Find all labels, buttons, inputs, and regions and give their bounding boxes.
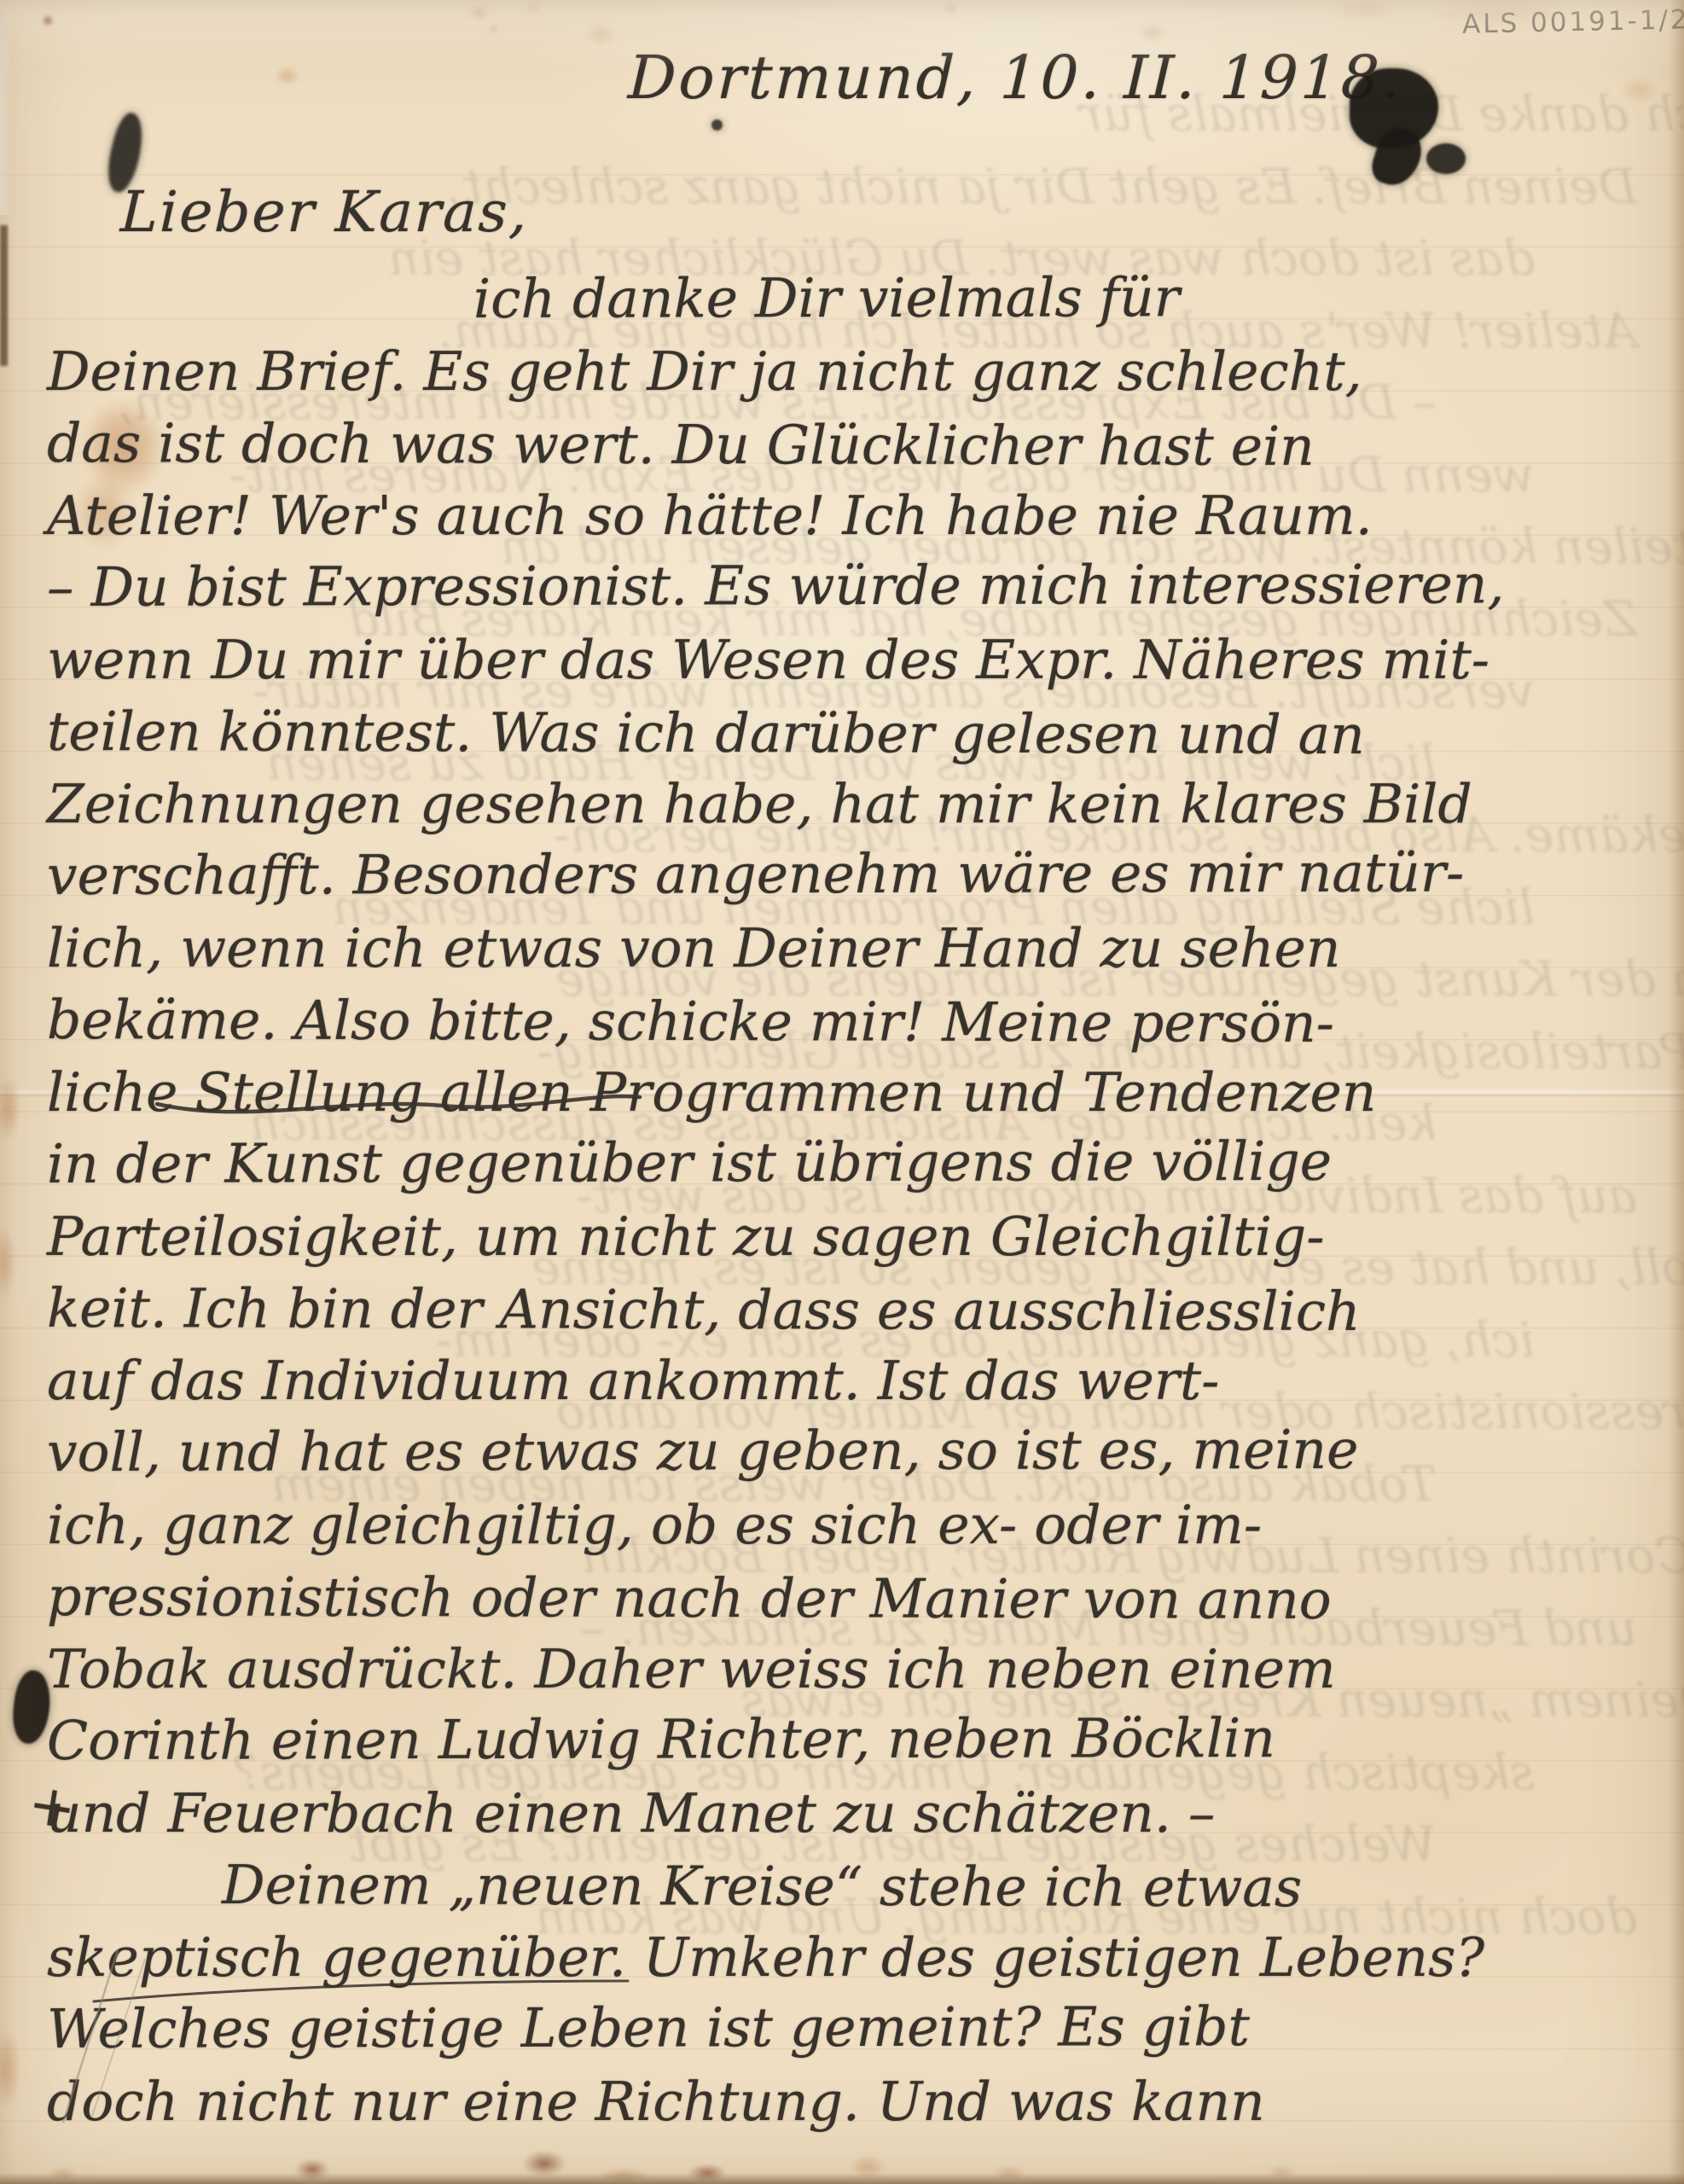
ghost-line-12: liche Stellung allen Programmen und Tend… (0, 872, 1535, 944)
foxing-stain (469, 5, 490, 20)
foxing-stain (1331, 0, 1399, 19)
foxing-stain (0, 2029, 20, 2109)
ghost-line-26: doch nicht nur eine Richtung. Und was ka… (0, 1881, 1637, 1954)
ghost-line-22: und Feuerbach einen Manet zu schätzen. – (0, 1593, 1637, 1665)
foxing-stain (294, 2158, 330, 2181)
foxing-stain (0, 1077, 20, 1140)
letter-line-19: pressionistisch oder nach der Manier von… (47, 1561, 1677, 1638)
underline-flourish (152, 1078, 647, 1128)
letter-line-23: Deinem „neuen Kreise“ stehe ich etwas (222, 1850, 1677, 1926)
letter-line-5: – Du bist Expressionist. Es würde mich i… (47, 549, 1677, 624)
letter-line-6: wenn Du mir über das Wesen des Expr. Näh… (47, 624, 1677, 697)
ink-dot (711, 119, 723, 131)
page-edge-left-shadow (0, 225, 8, 366)
ghost-line-3: das ist doch was wert. Du Glücklicher ha… (0, 223, 1535, 295)
letter-line-26: doch nicht nur eine Richtung. Und was ka… (47, 2066, 1677, 2139)
ghost-line-21: Corinth einen Ludwig Richter, neben Böck… (0, 1520, 1684, 1593)
letter-line-17: voll, und hat es etwas zu geben, so ist … (47, 1414, 1677, 1490)
ghost-line-6: wenn Du mir über das Wesen des Expr. Näh… (0, 439, 1535, 512)
ghost-line-14: Parteilosigkeit, um nicht zu sagen Gleic… (0, 1016, 1684, 1089)
foxing-stain (0, 1227, 15, 1298)
ghost-line-23: Deinem „neuen Kreise“ stehe ich etwas (0, 1664, 1684, 1737)
foxing-stain (585, 22, 616, 46)
ghost-line-7: teilen könntest. Was ich darüber gelesen… (0, 511, 1684, 584)
margin-cross-mark: + (24, 1770, 81, 1843)
letter-line-18: ich, ganz gleichgiltig, ob es sich ex- o… (47, 1490, 1677, 1562)
letter-line-22: und Feuerbach einen Manet zu schätzen. – (47, 1778, 1677, 1850)
pencil-scribble (39, 1949, 167, 2128)
ghost-line-20: Tobak ausdrückt. Daher weiss ich neben e… (0, 1449, 1437, 1521)
letter-line-4: Atelier! Wer's auch so hätte! Ich habe n… (47, 480, 1677, 553)
letter-line-10: lich, wenn ich etwas von Deiner Hand zu … (47, 913, 1677, 985)
page-edge-left (0, 0, 12, 215)
letter-line-12: liche Stellung allen Programmen und Tend… (47, 1057, 1677, 1130)
page-vignette (0, 0, 1684, 2184)
ghost-line-17: voll, und hat es etwas zu geben, so ist … (0, 1232, 1684, 1304)
foxing-stain (688, 2164, 727, 2182)
ghost-line-19: pressionistisch oder nach der Manier von… (0, 1376, 1684, 1449)
foxing-stain (1268, 2165, 1295, 2179)
fold-crease (0, 1089, 1684, 1097)
letter-line-7: teilen könntest. Was ich darüber gelesen… (47, 696, 1677, 773)
foxing-stain (942, 2, 959, 15)
ghost-line-5: – Du bist Expressionist. Es würde mich i… (0, 367, 1437, 439)
ghost-line-10: lich, wenn ich etwas von Deiner Hand zu … (0, 728, 1437, 800)
pen-stroke-flourish (89, 1971, 635, 2008)
ghost-line-8: Zeichnungen gesehen habe, hat mir kein k… (0, 584, 1637, 656)
ghost-line-16: auf das Individuum ankommt. Ist das wert… (0, 1160, 1637, 1233)
foxing-stain (275, 67, 300, 85)
dateline: Dortmund, 10. II. 1918. (627, 43, 1404, 113)
letter-page: ich danke Dir vielmals fürDeinen Brief. … (0, 0, 1684, 2184)
letter-line-21: Corinth einen Ludwig Richter, neben Böck… (47, 1702, 1677, 1778)
bleedthrough-text: ich danke Dir vielmals fürDeinen Brief. … (0, 78, 1684, 1953)
ghost-line-4: Atelier! Wer's auch so hätte! Ich habe n… (0, 295, 1637, 368)
letter-line-11: bekäme. Also bitte, schicke mir! Meine p… (47, 985, 1677, 1061)
page-edge-right (1669, 0, 1684, 2184)
ghost-line-11: bekäme. Also bitte, schicke mir! Meine p… (0, 799, 1684, 872)
foxing-stain (1138, 22, 1167, 43)
letter-line-25: Welches geistige Leben ist gemeint? Es g… (47, 1990, 1677, 2066)
salutation: Lieber Karas, (119, 179, 530, 245)
letter-line-20: Tobak ausdrückt. Daher weiss ich neben e… (47, 1634, 1677, 1706)
ink-blot (1426, 143, 1466, 174)
letter-line-9: verschafft. Besonders angenehm wäre es m… (47, 837, 1677, 913)
foxing-stain (73, 474, 135, 549)
letter-line-1: ich danke Dir vielmals für (473, 261, 1677, 335)
letter-line-13: in der Kunst gegenüber ist übrigens die … (47, 1125, 1677, 1201)
foxing-stain (597, 2169, 650, 2182)
ghost-line-9: verschafft. Besonders angenehm wäre es m… (0, 655, 1535, 728)
foxing-stain (993, 2165, 1025, 2181)
foxing-stain (1416, 0, 1578, 26)
letter-line-8: Zeichnungen gesehen habe, hat mir kein k… (47, 769, 1677, 841)
foxing-stain (49, 2167, 77, 2181)
letter-line-15: keit. Ich bin der Ansicht, dass es aussc… (47, 1273, 1677, 1350)
foxing-stain (41, 14, 55, 27)
foxing-stain (488, 24, 500, 34)
letter-line-2: Deinen Brief. Es geht Dir ja nicht ganz … (47, 336, 1677, 409)
foxing-stain (850, 2155, 886, 2179)
ghost-line-24: skeptisch gegenüber. Umkehr des geistige… (0, 1737, 1535, 1809)
ink-blot (9, 1669, 54, 1745)
letter-line-3: das ist doch was wert. Du Glücklicher ha… (47, 408, 1677, 485)
ink-smear (102, 110, 149, 195)
page-edge-bottom (0, 2173, 1684, 2184)
ghost-line-15: keit. Ich bin der Ansicht, dass es aussc… (0, 1088, 1437, 1160)
foxing-stain (522, 2150, 566, 2177)
ghost-line-13: in der Kunst gegenüber ist übrigens die … (0, 944, 1684, 1016)
foxing-stain (1621, 77, 1658, 104)
letter-line-14: Parteilosigkeit, um nicht zu sagen Gleic… (47, 1201, 1677, 1274)
foxing-stain (526, 2, 541, 14)
ghost-line-25: Welches geistige Leben ist gemeint? Es g… (0, 1809, 1437, 1881)
ghost-line-18: ich, ganz gleichgiltig, ob es sich ex- o… (0, 1304, 1535, 1377)
ruled-lines (0, 174, 1684, 2162)
letter-body: ich danke Dir vielmals fürDeinen Brief. … (47, 264, 1677, 2138)
letter-line-24: skeptisch gegenüber. Umkehr des geistige… (47, 1922, 1677, 1995)
letter-line-16: auf das Individuum ankommt. Ist das wert… (47, 1345, 1677, 1418)
